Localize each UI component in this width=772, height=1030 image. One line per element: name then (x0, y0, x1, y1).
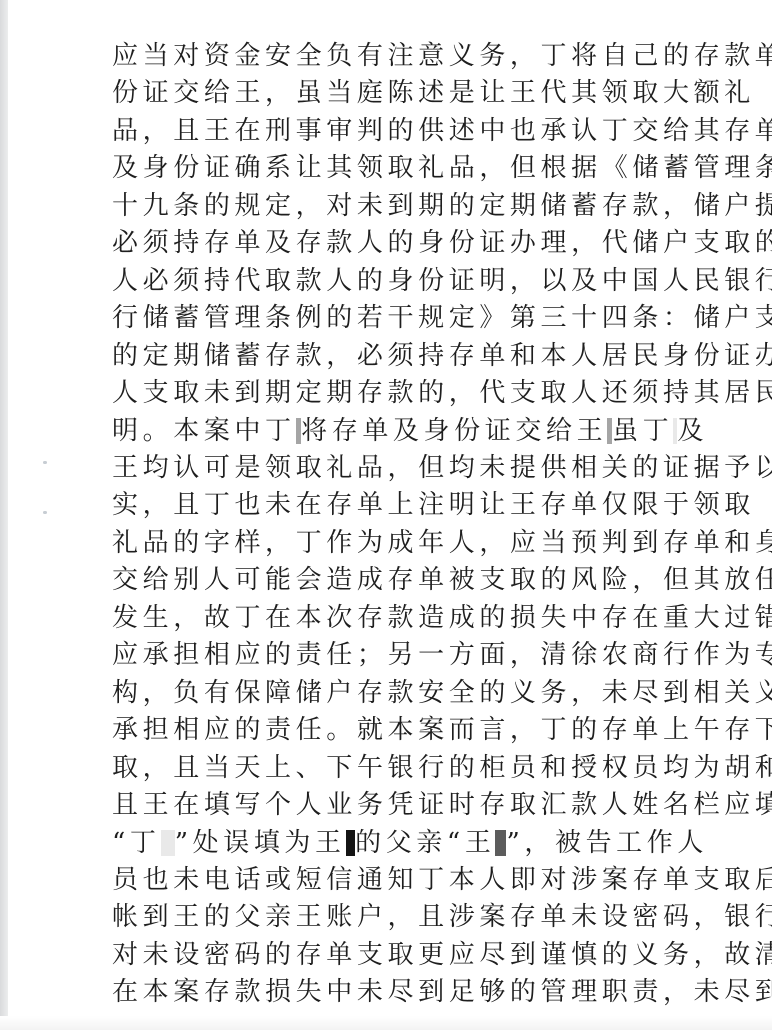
glyph: 例 (296, 300, 327, 337)
glyph: 期 (265, 375, 296, 412)
glyph: 交 (112, 562, 143, 599)
glyph: 储 (694, 188, 725, 225)
glyph: 密 (632, 899, 663, 936)
glyph: 和 (541, 750, 572, 787)
glyph: 到 (418, 974, 449, 1011)
glyph: 言 (479, 712, 510, 749)
glyph: 的 (541, 562, 572, 599)
glyph: 本 (143, 974, 174, 1011)
text-line: 行储蓄管理条例的若干规定》第三十四条：储户支取未到期 (112, 300, 708, 337)
glyph: 被 (449, 562, 480, 599)
glyph: 父 (386, 825, 417, 862)
glyph: 判 (602, 525, 633, 562)
glyph: 授 (571, 750, 602, 787)
glyph: “ (112, 825, 130, 862)
glyph: ， (694, 937, 725, 974)
glyph: 未 (173, 862, 204, 899)
glyph: 足 (449, 974, 480, 1011)
text-line: 明。本案中丁将存单及身份证交给王虽丁及 (112, 413, 708, 450)
glyph: 取 (724, 487, 755, 524)
glyph: 储 (296, 675, 327, 712)
glyph: 仅 (602, 487, 633, 524)
glyph: 其 (694, 375, 725, 412)
glyph: 徐 (571, 637, 602, 674)
glyph: 作 (647, 825, 678, 862)
glyph: 故 (724, 937, 755, 974)
glyph: 让 (479, 487, 510, 524)
glyph: 胡 (724, 750, 755, 787)
glyph: 己 (632, 38, 663, 75)
glyph: 而 (449, 712, 480, 749)
glyph: 存 (602, 600, 633, 637)
glyph: ， (571, 225, 602, 262)
glyph: 成 (357, 562, 388, 599)
glyph: 务 (663, 937, 694, 974)
glyph: 注 (387, 38, 418, 75)
glyph: 供 (541, 450, 572, 487)
glyph: 品 (112, 113, 143, 150)
glyph: 取 (173, 375, 204, 412)
glyph: 人 (326, 263, 357, 300)
glyph: 人 (663, 263, 694, 300)
glyph: 有 (357, 38, 388, 75)
glyph: 单 (755, 38, 772, 75)
redaction-block (346, 830, 355, 856)
glyph: 居 (724, 375, 755, 412)
glyph: 存 (296, 225, 327, 262)
glyph: ， (296, 188, 327, 225)
glyph: 提 (510, 450, 541, 487)
glyph: 居 (602, 338, 633, 375)
glyph: 述 (418, 75, 449, 112)
glyph: 上 (387, 487, 418, 524)
glyph: 在 (112, 974, 143, 1011)
glyph: 放 (724, 562, 755, 599)
glyph: 险 (602, 562, 633, 599)
glyph: 将 (301, 413, 332, 450)
glyph: 礼 (418, 150, 449, 187)
glyph: 短 (296, 862, 327, 899)
glyph: 款 (387, 675, 418, 712)
glyph: 让 (479, 75, 510, 112)
glyph: 身 (418, 225, 449, 262)
glyph: 支 (357, 937, 388, 974)
glyph: 错 (755, 600, 772, 637)
glyph: 中 (326, 974, 357, 1011)
glyph: 明 (479, 263, 510, 300)
glyph: 个 (265, 787, 296, 824)
glyph: 风 (571, 562, 602, 599)
glyph: 人 (677, 825, 708, 862)
glyph: 期 (510, 188, 541, 225)
glyph: 证 (479, 225, 510, 262)
glyph: 行 (755, 263, 772, 300)
glyph: 案 (479, 899, 510, 936)
glyph: 员 (112, 862, 143, 899)
glyph: 但 (510, 150, 541, 187)
glyph: 取 (387, 937, 418, 974)
glyph: 的 (632, 450, 663, 487)
glyph: 审 (326, 113, 357, 150)
glyph: 三 (541, 300, 572, 337)
glyph: 期 (326, 375, 357, 412)
glyph: 案 (602, 862, 633, 899)
glyph: 帐 (112, 899, 143, 936)
text-line: 王均认可是领取礼品，但均未提供相关的证据予以证 (112, 450, 708, 487)
glyph: 储 (694, 300, 725, 337)
glyph: 在 (296, 487, 327, 524)
glyph: 取 (632, 75, 663, 112)
glyph: 须 (387, 338, 418, 375)
glyph: 写 (234, 787, 265, 824)
glyph: 字 (204, 525, 235, 562)
glyph: 取 (296, 450, 327, 487)
glyph: 账 (326, 899, 357, 936)
glyph: 义 (632, 937, 663, 974)
glyph: 还 (602, 375, 633, 412)
glyph: ” (506, 825, 524, 862)
glyph: 户 (357, 899, 388, 936)
glyph: 领 (602, 75, 633, 112)
glyph: 存 (632, 862, 663, 899)
glyph: 失 (541, 600, 572, 637)
glyph: 支 (479, 562, 510, 599)
glyph: 作 (326, 525, 357, 562)
glyph: 份 (449, 225, 480, 262)
glyph: 方 (449, 637, 480, 674)
glyph: 处 (193, 825, 224, 862)
glyph: ， (265, 75, 296, 112)
text-line: 十九条的规定，对未到期的定期储蓄存款，储户提前支取的， (112, 188, 708, 225)
glyph: 单 (479, 338, 510, 375)
glyph: 对 (326, 188, 357, 225)
glyph: 亲 (416, 825, 447, 862)
glyph: 储 (632, 225, 663, 262)
glyph: 丁 (418, 862, 449, 899)
glyph: 的 (173, 525, 204, 562)
glyph: 是 (234, 450, 265, 487)
glyph: 取 (112, 750, 143, 787)
glyph: ， (510, 712, 541, 749)
glyph: 失 (296, 974, 327, 1011)
glyph: ， (387, 450, 418, 487)
glyph: 领 (265, 450, 296, 487)
glyph: 定 (143, 338, 174, 375)
glyph: 尽 (632, 675, 663, 712)
glyph: 对 (112, 937, 143, 974)
glyph: 发 (112, 600, 143, 637)
text-line: 交给别人可能会造成存单被支取的风险，但其放任该风险的 (112, 562, 708, 599)
glyph: 民 (694, 263, 725, 300)
glyph: 交 (632, 113, 663, 150)
glyph: 单 (694, 525, 725, 562)
glyph: 份 (173, 150, 204, 187)
glyph: 陈 (387, 75, 418, 112)
glyph: 证 (485, 413, 516, 450)
glyph: 单 (357, 487, 388, 524)
glyph: 未 (602, 675, 633, 712)
glyph: 十 (571, 300, 602, 337)
glyph: 》 (479, 300, 510, 337)
glyph: 汇 (541, 787, 572, 824)
glyph: 及 (393, 413, 424, 450)
glyph: 和 (755, 750, 772, 787)
glyph: 王 (204, 113, 235, 150)
glyph: 管 (204, 300, 235, 337)
glyph: ， (632, 562, 663, 599)
glyph: 丁 (643, 413, 674, 450)
glyph: 信 (326, 862, 357, 899)
glyph: 条 (173, 188, 204, 225)
glyph: 中 (234, 413, 265, 450)
glyph: 且 (418, 899, 449, 936)
glyph: 品 (143, 525, 174, 562)
text-line: 人支取未到期定期存款的，代支取人还须持其居民身份证 (112, 375, 708, 412)
glyph: 取 (510, 787, 541, 824)
glyph: 支 (510, 375, 541, 412)
glyph: 尽 (724, 974, 755, 1011)
glyph: 取 (724, 862, 755, 899)
glyph: 王 (234, 75, 265, 112)
glyph: 到 (143, 899, 174, 936)
glyph: 涉 (571, 862, 602, 899)
glyph: 设 (602, 899, 633, 936)
glyph: 定 (449, 300, 480, 337)
glyph: 事 (296, 113, 327, 150)
glyph: 到 (234, 375, 265, 412)
glyph: 也 (143, 862, 174, 899)
glyph: 理 (234, 300, 265, 337)
glyph: 相 (204, 637, 235, 674)
glyph: 款 (387, 375, 418, 412)
glyph: 单 (755, 113, 772, 150)
glyph: 单 (362, 413, 393, 450)
glyph: 天 (234, 750, 265, 787)
glyph: ， (326, 338, 357, 375)
glyph: 涉 (449, 899, 480, 936)
glyph: 品 (357, 450, 388, 487)
glyph: 案 (418, 712, 449, 749)
glyph: 期 (418, 188, 449, 225)
glyph: 庭 (357, 75, 388, 112)
glyph: 若 (357, 300, 388, 337)
glyph: 规 (418, 300, 449, 337)
glyph: 误 (223, 825, 254, 862)
glyph: 据 (571, 150, 602, 187)
glyph: 为 (694, 750, 725, 787)
glyph: 安 (265, 38, 296, 75)
glyph: 当 (204, 750, 235, 787)
text-line: 帐到王的父亲王账户，且涉案存单未设密码，银行 (112, 899, 708, 936)
glyph: 明 (449, 487, 480, 524)
glyph: 应 (112, 38, 143, 75)
glyph: 其 (694, 113, 725, 150)
glyph: 负 (326, 38, 357, 75)
glyph: 应 (449, 937, 480, 974)
glyph: 姓 (632, 787, 663, 824)
glyph: 其 (326, 150, 357, 187)
glyph: 规 (234, 188, 265, 225)
glyph: 时 (449, 787, 480, 824)
glyph: 支 (694, 862, 725, 899)
glyph: 条 (632, 300, 663, 337)
glyph: 的 (449, 188, 480, 225)
glyph: 人 (112, 263, 143, 300)
text-line: 品，且王在刑事审判的供述中也承认丁交给其存单 (112, 113, 708, 150)
glyph: 礼 (326, 450, 357, 487)
glyph: 行 (418, 750, 449, 787)
glyph: 未 (571, 899, 602, 936)
glyph: 承 (541, 113, 572, 150)
glyph: 存 (724, 113, 755, 150)
glyph: 证 (724, 338, 755, 375)
glyph: 本 (541, 338, 572, 375)
glyph: 责 (265, 712, 296, 749)
glyph: 本 (173, 413, 204, 450)
glyph: ， (449, 375, 480, 412)
glyph: 单 (326, 937, 357, 974)
glyph: 四 (602, 300, 633, 337)
page-bottom-shade (0, 1016, 772, 1030)
glyph: 丁 (265, 413, 296, 450)
glyph: 的 (418, 375, 449, 412)
glyph: 造 (326, 562, 357, 599)
glyph: 身 (663, 338, 694, 375)
glyph: 告 (586, 825, 617, 862)
glyph: 的 (449, 750, 480, 787)
glyph: 认 (571, 113, 602, 150)
glyph: 预 (571, 525, 602, 562)
glyph: 取 (510, 562, 541, 599)
glyph: 给 (204, 75, 235, 112)
glyph: 王 (465, 825, 496, 862)
glyph: 更 (418, 937, 449, 974)
glyph: 应 (112, 637, 143, 674)
glyph: 实 (112, 487, 143, 524)
glyph: 业 (326, 787, 357, 824)
page-left-edge (0, 0, 8, 1030)
glyph: 给 (546, 413, 577, 450)
glyph: 重 (663, 600, 694, 637)
glyph: 尽 (387, 974, 418, 1011)
glyph: 造 (418, 600, 449, 637)
glyph: 丁 (234, 600, 265, 637)
glyph: 未 (265, 487, 296, 524)
glyph: 款 (724, 38, 755, 75)
glyph: 义 (510, 675, 541, 712)
glyph: 职 (602, 974, 633, 1011)
glyph: 份 (454, 413, 485, 450)
glyph: 丁 (204, 487, 235, 524)
glyph: 的 (571, 712, 602, 749)
glyph: 或 (265, 862, 296, 899)
glyph: 办 (755, 338, 772, 375)
glyph: “ (447, 825, 465, 862)
glyph: 述 (449, 113, 480, 150)
text-line: 及身份证确系让其领取礼品，但根据《储蓄管理条例》第二 (112, 150, 708, 187)
glyph: 提 (755, 188, 772, 225)
glyph: 责 (632, 974, 663, 1011)
glyph: 存 (357, 600, 388, 637)
glyph: 相 (571, 450, 602, 487)
glyph: 尽 (479, 937, 510, 974)
glyph: 。 (143, 413, 174, 450)
glyph: 且 (112, 787, 143, 824)
glyph: 故 (204, 600, 235, 637)
glyph: 的 (234, 712, 265, 749)
glyph: 证 (143, 75, 174, 112)
glyph: 代 (602, 225, 633, 262)
glyph: 身 (424, 413, 455, 450)
glyph: 是 (449, 75, 480, 112)
glyph: 款 (296, 338, 327, 375)
glyph: 必 (143, 263, 174, 300)
text-line: 承担相应的责任。就本案而言，丁的存单上午存下午支 (112, 712, 708, 749)
glyph: 可 (204, 450, 235, 487)
glyph: 人 (296, 787, 327, 824)
glyph: 人 (357, 225, 388, 262)
glyph: 存 (602, 188, 633, 225)
glyph: 工 (616, 825, 647, 862)
glyph: 、 (296, 750, 327, 787)
glyph: 到 (387, 188, 418, 225)
glyph: 且 (173, 750, 204, 787)
glyph: ， (143, 113, 174, 150)
glyph: 单 (234, 225, 265, 262)
glyph: 须 (632, 375, 663, 412)
glyph: 的 (602, 937, 633, 974)
glyph: 够 (479, 974, 510, 1011)
glyph: 清 (541, 637, 572, 674)
glyph: 员 (510, 750, 541, 787)
glyph: 对 (541, 862, 572, 899)
glyph: 储 (143, 300, 174, 337)
glyph: 储 (204, 338, 235, 375)
glyph: 国 (632, 263, 663, 300)
text-line: 且王在填写个人业务凭证时存取汇款人姓名栏应填 (112, 787, 708, 824)
glyph: 义 (755, 675, 772, 712)
glyph: 知 (387, 862, 418, 899)
glyph: 应 (234, 637, 265, 674)
glyph: 户 (663, 225, 694, 262)
glyph: 证 (204, 150, 235, 187)
glyph: 柜 (479, 750, 510, 787)
glyph: ， (479, 525, 510, 562)
glyph: 被 (555, 825, 586, 862)
glyph: 担 (173, 637, 204, 674)
glyph: 礼 (112, 525, 143, 562)
glyph: 的 (265, 937, 296, 974)
glyph: 作 (694, 637, 725, 674)
glyph: 任 (296, 712, 327, 749)
scan-artifact-mark (43, 511, 47, 514)
glyph: 权 (602, 750, 633, 787)
glyph: 予 (724, 450, 755, 487)
glyph: 名 (663, 787, 694, 824)
glyph: 的 (355, 825, 386, 862)
glyph: 取 (541, 375, 572, 412)
glyph: 均 (663, 750, 694, 787)
glyph: 即 (510, 862, 541, 899)
glyph: 定 (296, 375, 327, 412)
glyph: 持 (418, 338, 449, 375)
glyph: 单 (663, 862, 694, 899)
glyph: 理 (571, 974, 602, 1011)
glyph: 面 (479, 637, 510, 674)
glyph: 成 (449, 600, 480, 637)
glyph: 承 (143, 637, 174, 674)
glyph: 证 (418, 787, 449, 824)
